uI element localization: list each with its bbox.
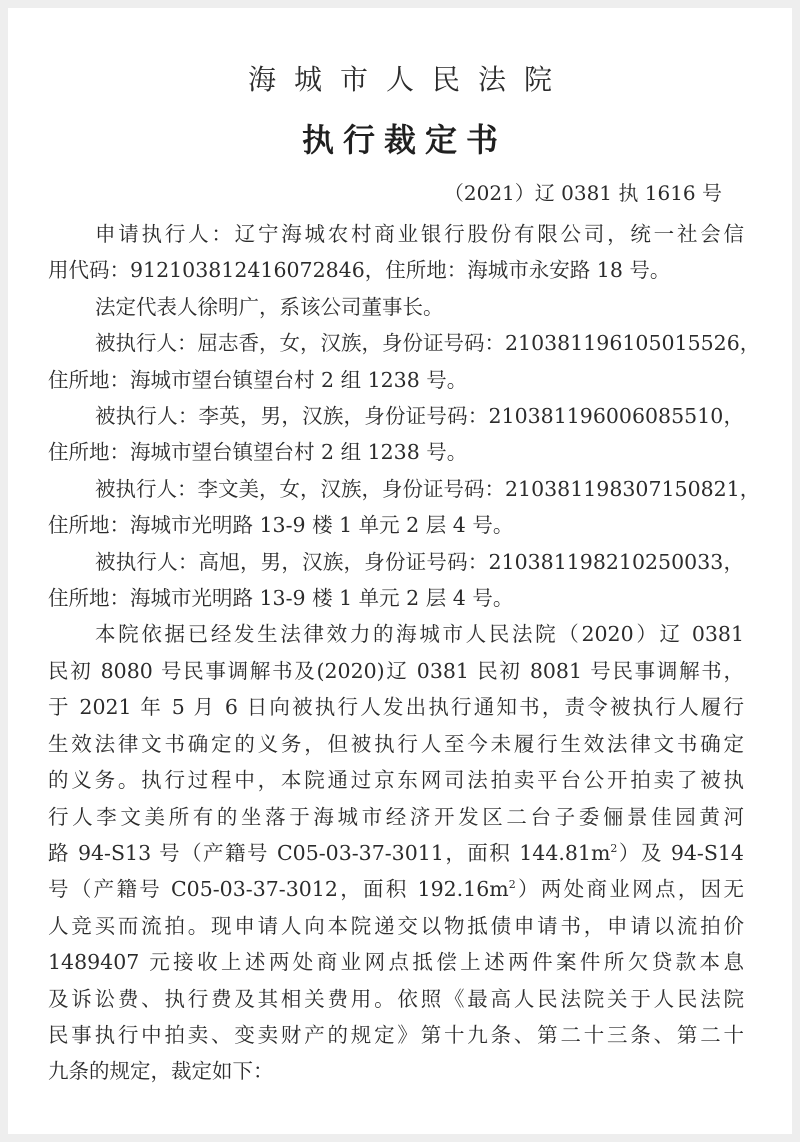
- main-paragraph-line-property-2: 号（产籍号 C05-03-37-3012，面积 192.16m2）两处商业网点，…: [48, 871, 744, 907]
- main-paragraph-line: 于 2021 年 5 月 6 日向被执行人发出执行通知书，责令被执行人履行: [48, 689, 744, 725]
- document-title: 执行裁定书: [8, 118, 792, 162]
- main-paragraph-line: 本院依据已经发生法律效力的海城市人民法院（2020）辽 0381: [48, 616, 744, 652]
- property-1-text: 路 94-S13 号（产籍号 C05-03-37-3011，面积 144.81m: [48, 841, 610, 865]
- main-paragraph-line: 1489407 元接收上述两处商业网点抵偿上述两件案件所欠贷款本息: [48, 944, 744, 980]
- document-body: 申请执行人：辽宁海城农村商业银行股份有限公司，统一社会信 用代码：9121038…: [48, 216, 744, 1090]
- property-2-tail: ）两处商业网点，因无: [516, 877, 744, 901]
- document-page: 海城市人民法院 执行裁定书 （2021）辽 0381 执 1616 号 申请执行…: [8, 8, 792, 1134]
- applicant-line-2: 用代码：912103812416072846，住所地：海城市永安路 18 号。: [48, 252, 744, 288]
- main-paragraph-line: 及诉讼费、执行费及其相关费用。依照《最高人民法院关于人民法院: [48, 981, 744, 1017]
- respondent-2-line-1: 被执行人：李英，男，汉族，身份证号码：210381196006085510，: [48, 398, 744, 434]
- respondent-4-address: 住所地：海城市光明路 13-9 楼 1 单元 2 层 4 号。: [48, 580, 744, 616]
- respondent-3-line-1: 被执行人：李文美，女，汉族，身份证号码：210381198307150821，: [48, 471, 744, 507]
- court-name: 海城市人民法院: [8, 60, 792, 100]
- main-paragraph-line: 民初 8080 号民事调解书及(2020)辽 0381 民初 8081 号民事调…: [48, 653, 744, 689]
- respondent-1-address: 住所地：海城市望台镇望台村 2 组 1238 号。: [48, 362, 744, 398]
- main-paragraph-line: 人竞买而流拍。现申请人向本院递交以物抵债申请书，申请以流拍价: [48, 908, 744, 944]
- respondent-3-address: 住所地：海城市光明路 13-9 楼 1 单元 2 层 4 号。: [48, 507, 744, 543]
- main-paragraph-last-line: 九条的规定，裁定如下：: [48, 1053, 744, 1089]
- main-paragraph-line-property-1: 路 94-S13 号（产籍号 C05-03-37-3011，面积 144.81m…: [48, 835, 744, 871]
- case-number: （2021）辽 0381 执 1616 号: [444, 178, 722, 208]
- respondent-4-line-1: 被执行人：高旭，男，汉族，身份证号码：210381198210250033，: [48, 544, 744, 580]
- main-paragraph-line: 的义务。执行过程中，本院通过京东网司法拍卖平台公开拍卖了被执: [48, 762, 744, 798]
- respondent-1-line-1: 被执行人：屈志香，女，汉族，身份证号码：210381196105015526，: [48, 325, 744, 361]
- property-1-tail: ）及 94-S14: [617, 841, 744, 865]
- legal-representative: 法定代表人徐明广，系该公司董事长。: [48, 289, 744, 325]
- main-paragraph-line: 民事执行中拍卖、变卖财产的规定》第十九条、第二十三条、第二十: [48, 1017, 744, 1053]
- applicant-line-1: 申请执行人：辽宁海城农村商业银行股份有限公司，统一社会信: [48, 216, 744, 252]
- superscript-squared: 2: [509, 878, 516, 891]
- main-paragraph-line: 行人李文美所有的坐落于海城市经济开发区二台子委俪景佳园黄河: [48, 799, 744, 835]
- property-2-text: 号（产籍号 C05-03-37-3012，面积 192.16m: [48, 877, 509, 901]
- main-paragraph-line: 生效法律文书确定的义务，但被执行人至今未履行生效法律文书确定: [48, 726, 744, 762]
- respondent-2-address: 住所地：海城市望台镇望台村 2 组 1238 号。: [48, 434, 744, 470]
